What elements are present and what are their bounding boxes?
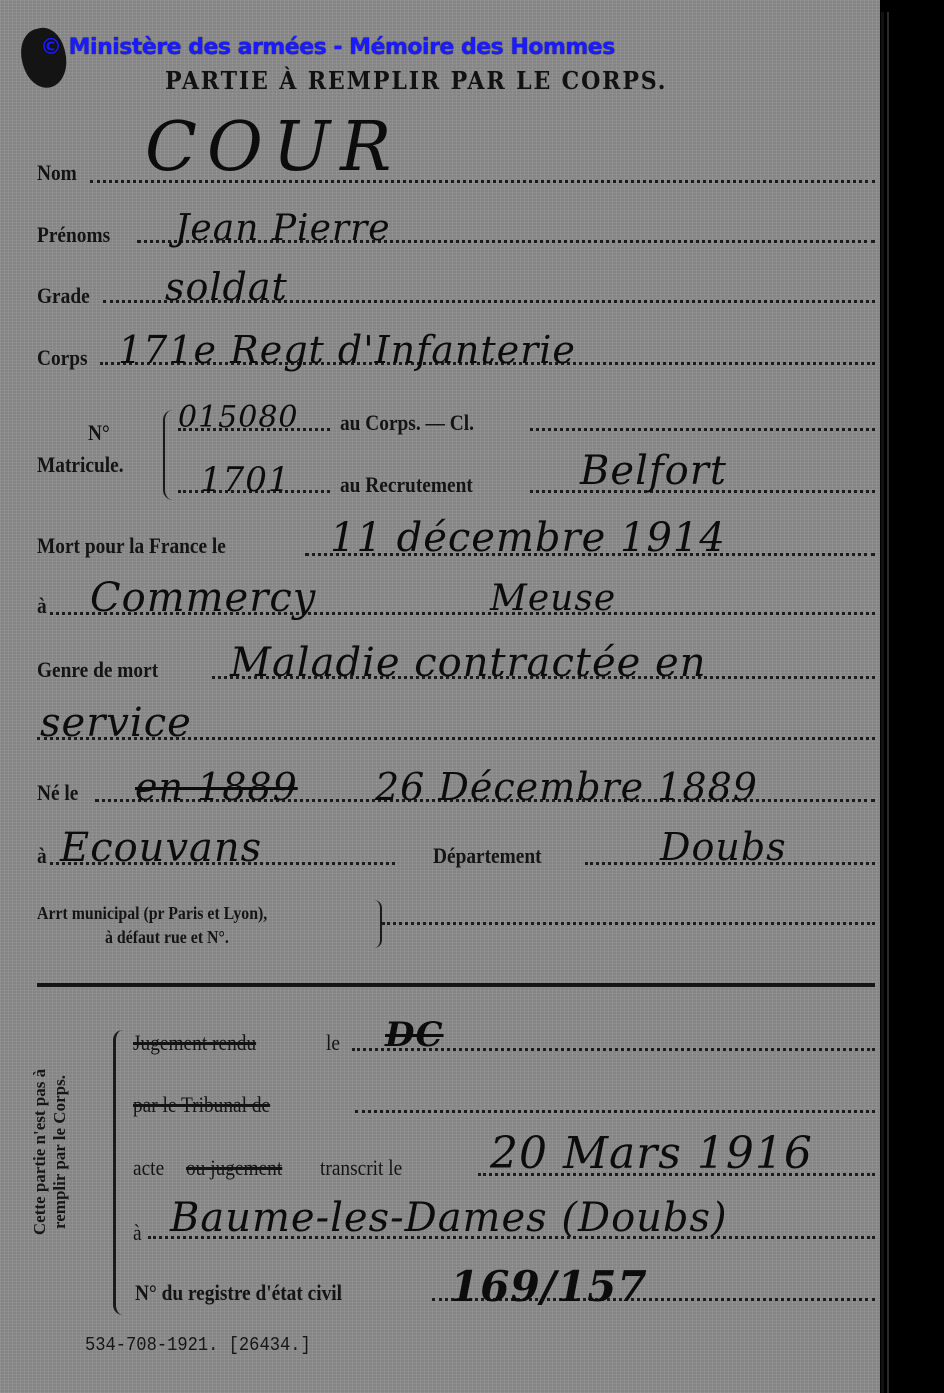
mort-value: 11 décembre 1914 <box>330 515 726 561</box>
border-rule-outer <box>881 12 884 1393</box>
matricule-brace <box>163 410 175 500</box>
transcription-prefix-label: acte <box>133 1155 164 1181</box>
tribunal-struck-label: par le Tribunal de <box>133 1092 270 1118</box>
jugement-label: le <box>326 1030 340 1056</box>
transcription-struck-label: ou jugement <box>186 1155 282 1181</box>
registre-label: N° du registre d'état civil <box>135 1280 342 1306</box>
lieu-transcription-label: à <box>133 1220 142 1246</box>
transcription-suffix-label: transcrit le <box>320 1155 402 1181</box>
matricule-corps-value: 015080 <box>178 400 299 435</box>
matricule-no-label: N° <box>88 420 110 446</box>
naissance-struck-value: en 1889 <box>135 765 298 809</box>
copyright-watermark: © Ministère des armées - Mémoire des Hom… <box>40 35 615 60</box>
arrondissement-label-line1: Arrt municipal (pr Paris et Lyon), <box>37 903 267 924</box>
lieu-mort-departement-value: Meuse <box>490 578 616 619</box>
naissance-label: Né le <box>37 780 78 806</box>
border-rule-inner <box>887 12 889 1393</box>
corps-value: 171e Regt d'Infanterie <box>118 328 576 372</box>
recrutement-place-value: Belfort <box>580 448 727 494</box>
prenoms-value: Jean Pierre <box>175 208 391 249</box>
prenoms-label: Prénoms <box>37 222 110 248</box>
arrondissement-label-line2: à défaut rue et N°. <box>105 927 229 948</box>
nom-label: Nom <box>37 160 77 186</box>
lieu-transcription-value: Baume-les-Dames (Doubs) <box>170 1195 728 1241</box>
classe-line <box>530 428 875 431</box>
document-card: © Ministère des armées - Mémoire des Hom… <box>0 0 880 1393</box>
jugement-value: DC <box>385 1015 444 1055</box>
form-reference-code: 534-708-1921. [26434.] <box>85 1334 311 1356</box>
genre-mort-label: Genre de mort <box>37 657 158 683</box>
genre-mort-value-line1: Maladie contractée en <box>230 640 707 686</box>
lieu-naissance-value: Ecouvans <box>60 825 262 871</box>
genre-mort-value-line2: service <box>40 700 192 746</box>
section-divider <box>37 983 875 987</box>
section-header: PARTIE À REMPLIR PAR LE CORPS. <box>165 66 667 95</box>
lieu-mort-value: Commercy <box>90 575 316 621</box>
mort-label: Mort pour la France le <box>37 533 226 559</box>
recrutement-label: au Recrutement <box>340 472 473 498</box>
matricule-recrutement-value: 1701 <box>200 460 291 500</box>
departement-label: Département <box>433 843 542 869</box>
lieu-mort-label: à <box>37 593 47 619</box>
grade-value: soldat <box>165 265 288 309</box>
jugement-struck-label: Jugement rendu <box>133 1030 256 1056</box>
naissance-value: 26 Décembre 1889 <box>375 765 758 809</box>
matricule-label: Matricule. <box>37 452 124 478</box>
arrondissement-line <box>382 922 875 925</box>
nom-value: COUR <box>145 108 401 187</box>
matricule-corps-label: au Corps. — Cl. <box>340 410 474 436</box>
transcription-value: 20 Mars 1916 <box>490 1128 813 1179</box>
grade-label: Grade <box>37 283 90 309</box>
lower-section-brace <box>113 1030 128 1315</box>
departement-value: Doubs <box>660 825 787 869</box>
corps-label: Corps <box>37 345 88 371</box>
lieu-naissance-label: à <box>37 843 47 869</box>
arrondissement-brace <box>372 900 382 948</box>
tribunal-line <box>355 1110 875 1113</box>
registre-value: 169/157 <box>450 1262 648 1311</box>
side-note: Cette partie n'est pas à remplir par le … <box>30 1042 70 1262</box>
